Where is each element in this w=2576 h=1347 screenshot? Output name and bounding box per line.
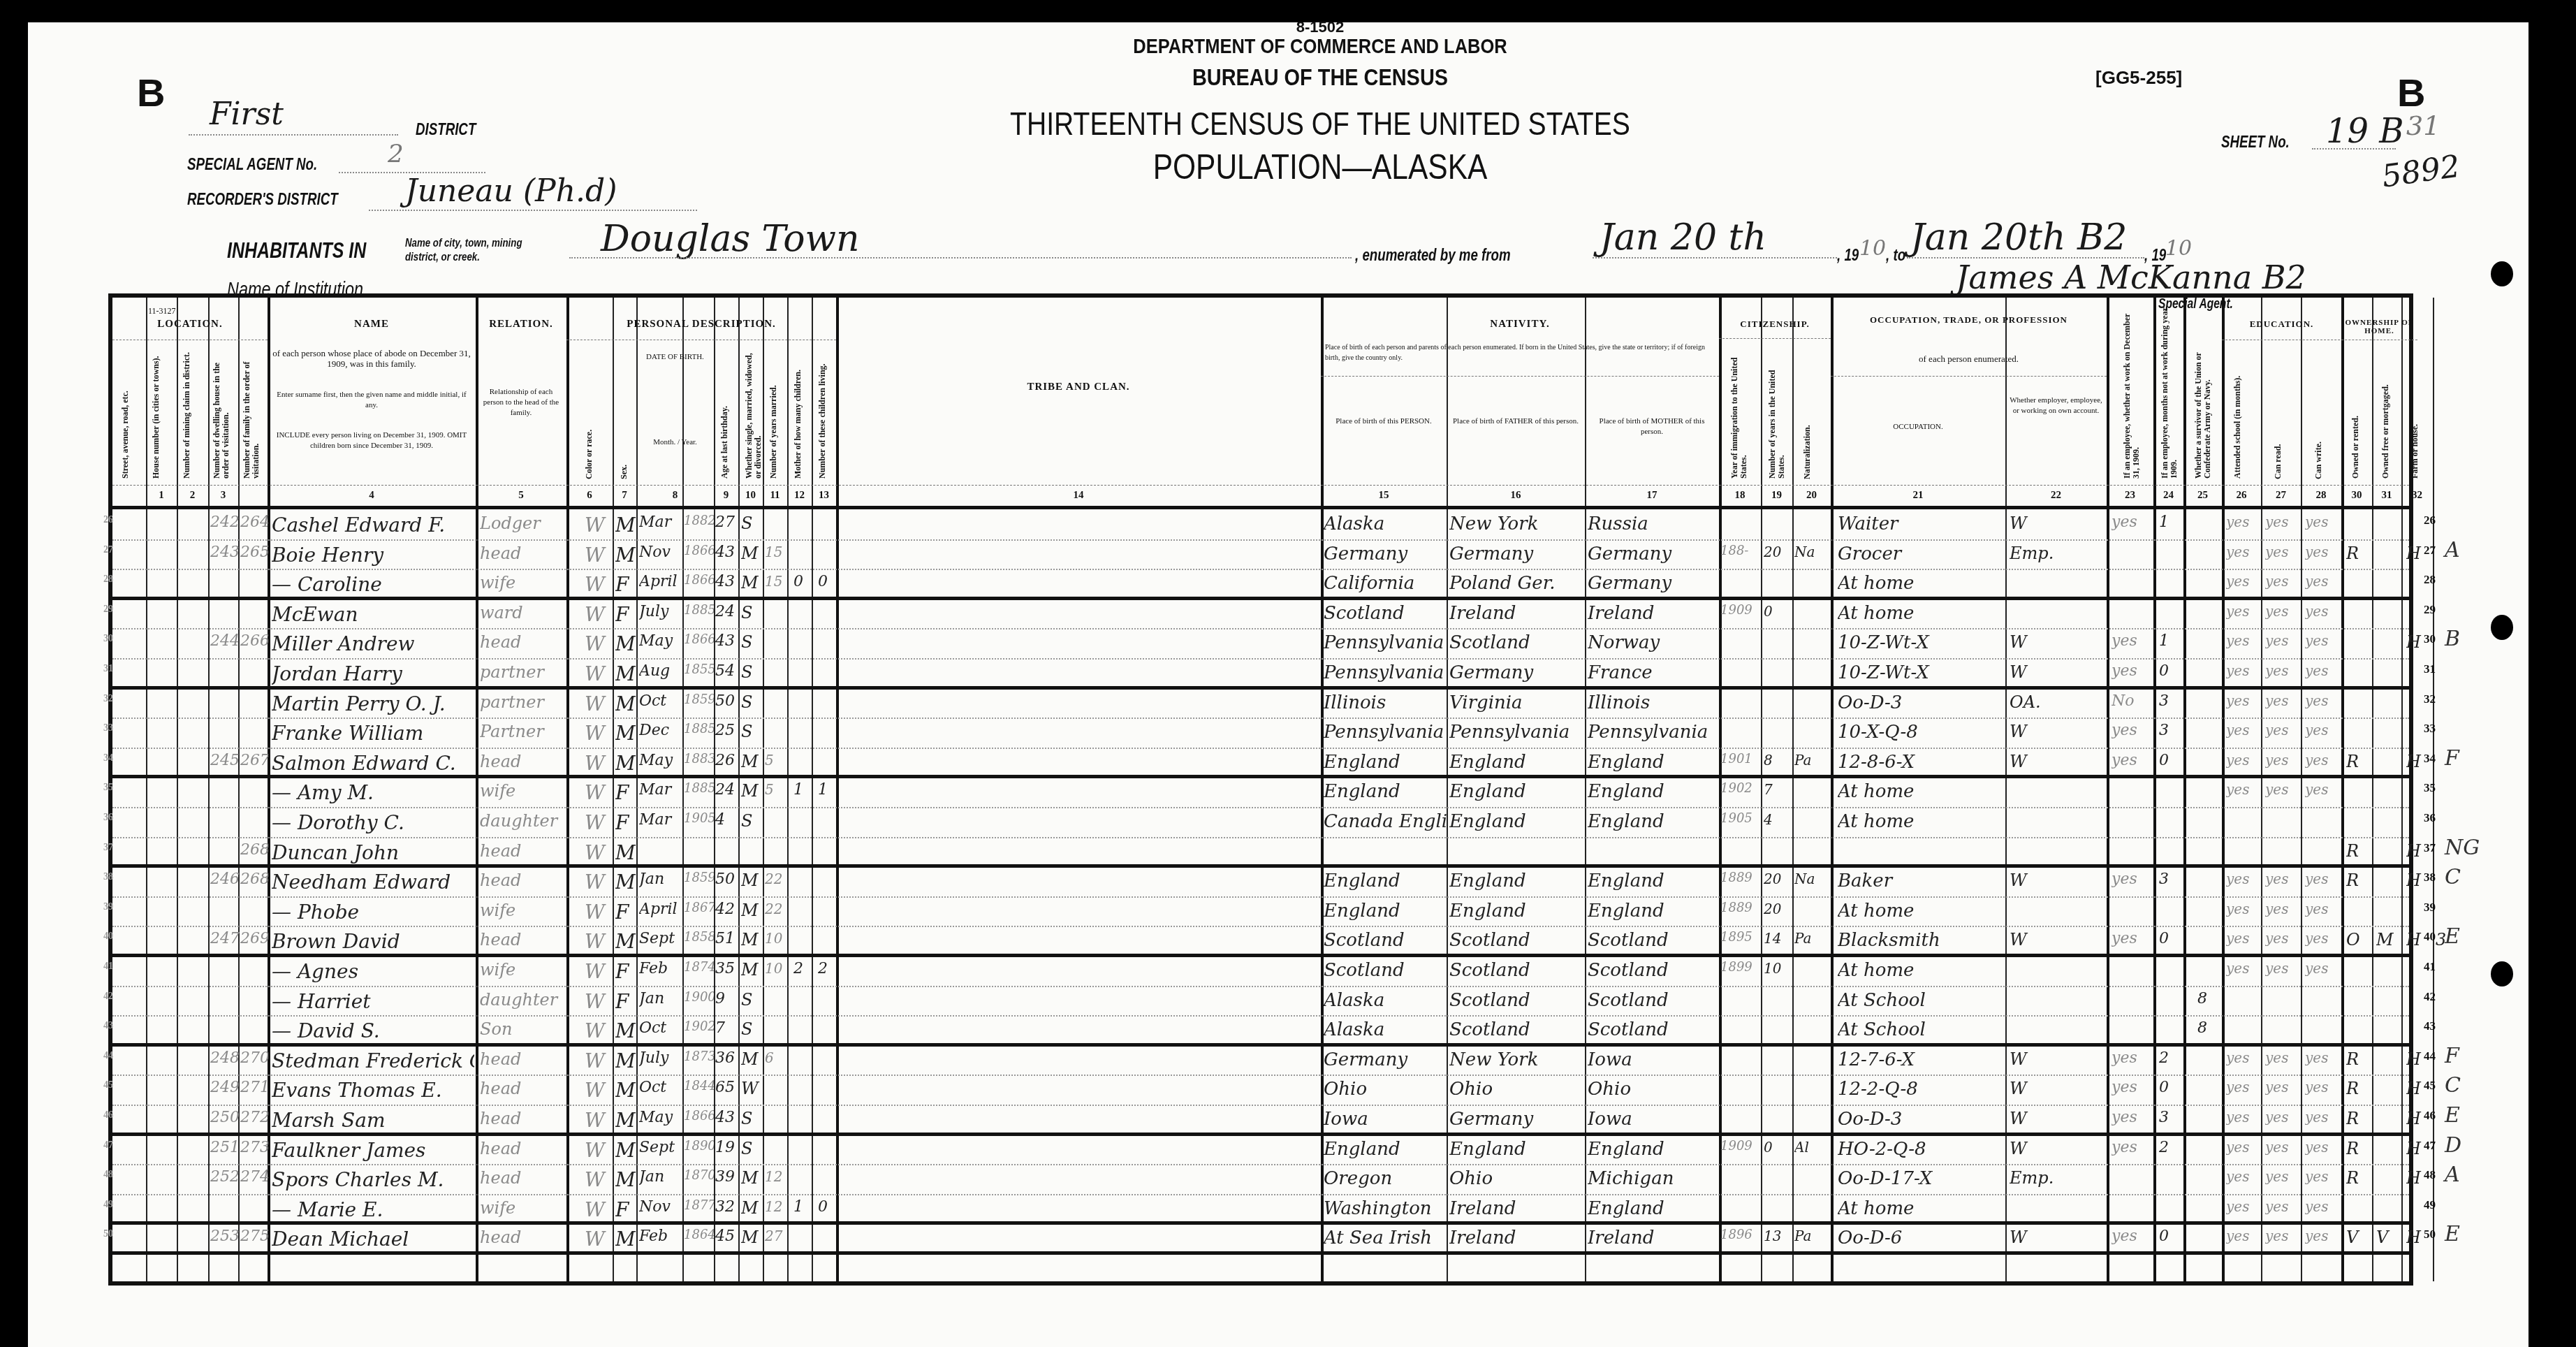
at-work: yes [2112,1228,2153,1245]
birthplace-father: England [1449,901,1585,922]
can-read: yes [2226,901,2261,917]
margin-code: C [2445,1073,2461,1098]
table-row: 243 265 Boie Henry head W M Nov 1866 43 … [112,541,2409,571]
months-out: 0 [2159,752,2183,769]
occupation: At School [1838,990,2005,1011]
line-number-left: 34 [103,753,113,764]
birthplace-father: Germany [1449,1109,1585,1130]
can-write: yes [2265,1049,2301,1066]
can-read: yes [2226,781,2261,798]
occupation: Baker [1838,871,2005,891]
col-number: 31 [2372,490,2401,502]
age: 43 [715,632,738,650]
col-number: 4 [268,490,476,502]
marital-status: S [741,1109,763,1128]
enumerated-to: Jan 20th B2 [1910,217,2127,259]
line-number-left: 45 [103,1080,113,1091]
sex: F [615,901,636,924]
col-label-mother-of: Mother of how many children. [793,349,803,479]
birthplace-mother: Norway [1588,632,1719,653]
district-label: DISTRICT [416,120,476,140]
can-write: yes [2265,1139,2301,1156]
occupation: Oo-D-3 [1838,1109,2005,1130]
naturalization: Al [1794,1139,1831,1156]
person-name: — Caroline [272,573,474,596]
col-number: 24 [2153,490,2183,502]
relation: daughter [480,811,566,831]
birthplace-father: Poland Ger. [1449,573,1585,594]
birthplace-father: Scotland [1449,632,1585,653]
person-name: — Dorothy C. [272,811,474,834]
table-row: 247 269 Brown David head W M Sept 1858 5… [112,927,2409,957]
col-label-age: Age at last birthday. [720,349,729,479]
birth-year: 1877 [684,1198,714,1213]
line-number-right: 47 [2424,1139,2436,1153]
occupation: 12-8-6-X [1838,752,2005,773]
sex: M [615,662,636,685]
line-number-left: 37 [103,843,113,854]
age: 50 [715,692,738,710]
birth-month: May [639,752,681,769]
table-row: 246 268 Needham Edward head W M Jan 1859… [112,868,2409,898]
table-row: — Harriet daughter W F Jan 1900 9 S Alas… [112,987,2409,1017]
relation: head [480,1079,566,1098]
birth-month: Mar [639,514,681,531]
person-name: Cashel Edward F. [272,514,474,537]
occupation: Oo-D-17-X [1838,1168,2005,1189]
marital-status: S [741,603,763,622]
birth-month: Sept [639,930,681,947]
relation: head [480,1168,566,1188]
birthplace-person: Alaska [1324,1019,1447,1040]
months-out: 2 [2159,1139,2183,1156]
line-number-right: 28 [2424,573,2436,587]
birth-year: 1900 [684,990,714,1005]
birthplace-father: England [1449,1139,1585,1160]
months-out: 0 [2159,1079,2183,1096]
group-location: LOCATION. [112,319,268,330]
immigration-year: 188- [1720,544,1761,558]
birthplace-father: Virginia [1449,692,1585,713]
can-read: yes [2226,692,2261,709]
speaks-english: yes [2305,514,2341,530]
col-label-family: Number of family in the order of visitat… [242,349,261,479]
line-number-right: 44 [2424,1049,2436,1063]
person-name: Evans Thomas E. [272,1079,474,1102]
naturalization: Na [1794,871,1831,887]
line-number-left: 27 [103,545,113,556]
table-row: 253 275 Dean Michael head W M Feb 1864 4… [112,1225,2409,1255]
margin-code: E [2445,1103,2460,1128]
color-race: W [585,811,613,834]
employment-class: W [2010,752,2107,771]
col-number: 6 [566,490,613,502]
person-name: Faulkner James [272,1139,474,1162]
sex: F [615,990,636,1013]
marital-status: M [741,901,763,920]
age: 7 [715,1019,738,1037]
col-number: 13 [812,490,836,502]
birthplace-father: Scotland [1449,960,1585,981]
district-value: First [210,96,284,132]
line-number-left: 49 [103,1200,113,1211]
form-number: 8-1502 [859,18,1781,36]
line-number-right: 38 [2424,871,2436,884]
col-number: 32 [2401,490,2433,502]
birthplace-person: Scotland [1324,960,1447,981]
color-race: W [585,930,613,953]
margin-code: A [2445,538,2460,562]
margin-code: F [2445,746,2459,771]
margin-code: E [2445,924,2460,949]
line-number-left: 35 [103,782,113,794]
at-work: yes [2112,752,2153,769]
line-number-right: 48 [2424,1168,2436,1182]
color-race: W [585,722,613,745]
col-label-street: Street, avenue, road, etc. [121,349,130,479]
dwelling-number: 253 [210,1228,240,1245]
birth-year: 1882 [684,514,714,528]
age: 26 [715,752,738,769]
speaks-english: yes [2305,692,2341,709]
relation-description: Relationship of each person to the head … [478,387,564,418]
occupation: At home [1838,811,2005,832]
sex: F [615,811,636,834]
months-out: 3 [2159,722,2183,739]
birthplace-mother: Germany [1588,573,1719,594]
at-work: yes [2112,514,2153,531]
relation: head [480,930,566,949]
marital-status: S [741,990,763,1010]
color-race: W [585,514,613,537]
col-label-at-work: If an employee, whether at work on Decem… [2123,307,2141,479]
sex: M [615,752,636,775]
sex: M [615,722,636,745]
table-row: — Agnes wife W F Feb 1874 35 M 10 2 2 Sc… [112,957,2409,987]
birthplace-father: Ohio [1449,1079,1585,1100]
birthplace-mother: Illinois [1588,692,1719,713]
naturalization: Pa [1794,1228,1831,1244]
birth-month: Feb [639,1228,681,1245]
person-name: — Agnes [272,960,474,983]
birth-month: Oct [639,692,681,710]
immigration-year: 1889 [1720,901,1761,915]
age: 25 [715,722,738,739]
can-write: yes [2265,1168,2301,1185]
relation: head [480,1139,566,1158]
can-read: yes [2226,1228,2261,1244]
marital-status: S [741,692,763,712]
line-number-right: 33 [2424,722,2436,736]
birth-month: April [639,573,681,590]
line-number-right: 30 [2424,632,2436,646]
line-number-left: 41 [103,961,113,973]
birthplace-person: Germany [1324,544,1447,565]
person-name: Miller Andrew [272,632,474,655]
sex: M [615,692,636,715]
person-name: McEwan [272,603,474,626]
birthplace-person: Ohio [1324,1079,1447,1100]
can-write: yes [2265,1109,2301,1126]
years-married: 10 [765,960,787,977]
years-in-us: 4 [1764,811,1792,828]
relation: wife [480,1198,566,1218]
years-married: 5 [765,752,787,769]
birthplace-father: Germany [1449,544,1585,565]
children-living: 0 [818,1198,836,1216]
birthplace-person: England [1324,901,1447,922]
birth-year: 1855 [684,662,714,677]
months-out: 0 [2159,662,2183,680]
group-relation: RELATION. [476,319,566,330]
can-write: yes [2265,514,2301,530]
birthplace-person: Pennsylvania [1324,632,1447,653]
owned-rented: R [2346,1079,2372,1098]
color-race: W [585,1168,613,1191]
occupation: Blacksmith [1838,930,2005,951]
color-race: W [585,1019,613,1042]
birth-year: 1866 [684,632,714,647]
occupation: Waiter [1838,514,2005,534]
owned-rented: R [2346,1168,2372,1188]
birth-month: Nov [639,1198,681,1216]
table-row: — Caroline wife W F April 1866 43 M 15 0… [112,570,2409,600]
birthplace-person: Scotland [1324,930,1447,951]
line-number-left: 50 [103,1229,113,1240]
years-in-us: 0 [1764,603,1792,620]
speaks-english: yes [2305,930,2341,947]
sex: F [615,781,636,804]
birth-month: Mar [639,781,681,799]
birthplace-mother: England [1588,752,1719,773]
relation: head [480,1228,566,1247]
birth-month: Oct [639,1019,681,1037]
occupation: At home [1838,781,2005,802]
table-row: 249 271 Evans Thomas E. head W M Oct 184… [112,1076,2409,1106]
special-agent-label: SPECIAL AGENT No. [187,155,317,175]
employment-class: W [2010,1228,2107,1247]
color-race: W [585,573,613,596]
birthplace-father: England [1449,752,1585,773]
birthplace-father: Scotland [1449,1019,1585,1040]
col-label-read: Can read. [2274,402,2283,479]
birthplace-person: Iowa [1324,1109,1447,1130]
dwelling-number: 246 [210,871,240,888]
line-number-left: 42 [103,991,113,1003]
occupation: 10-X-Q-8 [1838,722,2005,743]
can-write: yes [2265,1228,2301,1244]
col-label-months-out: If an employee, months not at work durin… [2160,307,2179,479]
line-number-right: 31 [2424,662,2436,676]
sex: M [615,1139,636,1162]
col-number: 18 [1719,490,1761,502]
can-write: yes [2265,662,2301,679]
can-read: yes [2226,632,2261,649]
marital-status: S [741,811,763,831]
col-label-veteran: Whether a survivor of the Union or Confe… [2194,307,2212,479]
marital-status: M [741,1168,763,1188]
birth-year: 1864 [684,1228,714,1242]
col-label-school: Attended school (in months). [2233,349,2242,479]
person-name: Needham Edward [272,871,474,894]
color-race: W [585,1228,613,1251]
school-months: 8 [2197,990,2222,1007]
color-race: W [585,871,613,894]
punch-hole [2491,961,2513,986]
birth-year: 1874 [684,960,714,975]
table-row: Franke William Partner W M Dec 1885 25 S… [112,719,2409,749]
speaks-english: yes [2305,1198,2341,1215]
birth-month: Jan [639,871,681,888]
occupation: At home [1838,960,2005,981]
age: 54 [715,662,738,680]
birth-month: Dec [639,722,681,739]
can-read: yes [2226,1168,2261,1185]
group-tribe: TRIBE AND CLAN. [836,381,1321,393]
at-work: yes [2112,871,2153,888]
birthplace-mother: Russia [1588,514,1719,534]
agent-signature: James A McKanna B2 [1956,259,2306,296]
line-number-right: 35 [2424,781,2436,795]
birth-year: 1890 [684,1139,714,1153]
marital-status: M [741,752,763,771]
birthplace-father: England [1449,781,1585,802]
immigration-year: 1905 [1720,811,1761,826]
can-read: yes [2226,1198,2261,1215]
group-personal: PERSONAL DESCRIPTION. [566,319,836,330]
years-in-us: 0 [1764,1139,1792,1156]
marital-status: M [741,1228,763,1247]
age: 43 [715,1109,738,1126]
col-number: 11 [763,490,787,502]
birthplace-mother: Ohio [1588,1079,1719,1100]
col-number: 10 [738,490,763,502]
employment-class: W [2010,871,2107,890]
catalog-code: [GG5-255] [2095,67,2182,89]
months-out: 3 [2159,871,2183,888]
children-born: 2 [793,960,812,977]
sex: M [615,871,636,894]
birthplace-person: At Sea Irish [1324,1228,1447,1248]
speaks-english: yes [2305,960,2341,977]
col-label-owned-rented: Owned or rented. [2351,349,2360,479]
marital-status: M [741,871,763,890]
marital-status: W [741,1079,763,1098]
speaks-english: yes [2305,603,2341,620]
birth-year: 1885 [684,603,714,618]
line-number-left: 29 [103,604,113,616]
color-race: W [585,901,613,924]
years-in-us: 20 [1764,544,1792,560]
birthplace-father: Ohio [1449,1168,1585,1189]
birth-year: 1867 [684,901,714,915]
relation: partner [480,692,566,712]
table-row: Jordan Harry partner W M Aug 1855 54 S P… [112,660,2409,690]
year-suffix-2: 10 [2165,236,2192,261]
speaks-english: yes [2305,901,2341,917]
line-number-right: 26 [2424,514,2436,527]
col-label-birth-mother: Place of birth of MOTHER of this person. [1589,416,1715,437]
color-race: W [585,692,613,715]
birthplace-father: Scotland [1449,990,1585,1011]
employment-class: W [2010,1139,2107,1158]
school-months: 8 [2197,1019,2222,1037]
birthplace-person: England [1324,871,1447,891]
speaks-english: yes [2305,1228,2341,1244]
birthplace-person: Alaska [1324,514,1447,534]
dwelling-number: 250 [210,1109,240,1126]
can-write: yes [2265,1079,2301,1095]
can-write: yes [2265,781,2301,798]
marital-status: S [741,632,763,652]
birthplace-mother: England [1588,1139,1719,1160]
family-number: 270 [240,1049,268,1067]
can-write: yes [2265,752,2301,769]
years-married: 22 [765,871,787,887]
col-label-years-in-us: Number of years in the United States. [1768,349,1786,479]
can-write: yes [2265,871,2301,887]
marital-status: M [741,960,763,980]
marital-status: M [741,1198,763,1218]
birthplace-person: England [1324,1139,1447,1160]
birthplace-father: Ireland [1449,1228,1585,1248]
birthplace-father: England [1449,811,1585,832]
owned-rented: R [2346,1139,2372,1158]
line-number-right: 29 [2424,603,2436,617]
col-label-dwelling: Number of dwelling house in the order of… [212,349,230,479]
col-label-occupation: OCCUPATION. [1835,422,2001,432]
naturalization: Pa [1794,752,1831,769]
col-number: 28 [2301,490,2341,502]
children-born: 0 [793,573,812,590]
owned-rented: R [2346,1049,2372,1069]
occupation: HO-2-Q-8 [1838,1139,2005,1160]
col-number: 3 [208,490,238,502]
line-number-right: 50 [2424,1228,2436,1242]
relation: partner [480,662,566,682]
at-work: No [2112,692,2153,710]
birthplace-mother: Germany [1588,544,1719,565]
group-nativity: NATIVITY. [1321,319,1719,330]
group-name: NAME [268,319,476,330]
table-row: — David S. Son W M Oct 1902 7 S Alaska S… [112,1017,2409,1047]
table-row: 242 264 Cashel Edward F. Lodger W M Mar … [112,511,2409,541]
person-name: Brown David [272,930,474,953]
speaks-english: yes [2305,544,2341,560]
months-out: 2 [2159,1049,2183,1067]
marital-status: M [741,930,763,949]
sheet-label: SHEET No. [2221,133,2290,152]
birth-month: Mar [639,811,681,829]
birth-year: 1902 [684,1019,714,1034]
person-name: Marsh Sam [272,1109,474,1132]
col-number: 8 [636,490,714,502]
col-label-sex: Sex. [620,423,629,479]
dwelling-number: 247 [210,930,240,947]
years-married: 15 [765,573,787,590]
color-race: W [585,544,613,567]
line-number-right: 41 [2424,960,2436,974]
col-label-farm-house: Farm or house. [2410,349,2420,479]
birth-year: 1885 [684,781,714,796]
table-row: — Marie E. wife W F Nov 1877 32 M 12 1 0… [112,1195,2409,1225]
col-number: 19 [1761,490,1792,502]
relation: head [480,1109,566,1128]
marital-status: M [741,781,763,801]
relation: wife [480,960,566,980]
color-race: W [585,781,613,804]
can-write: yes [2265,544,2301,560]
